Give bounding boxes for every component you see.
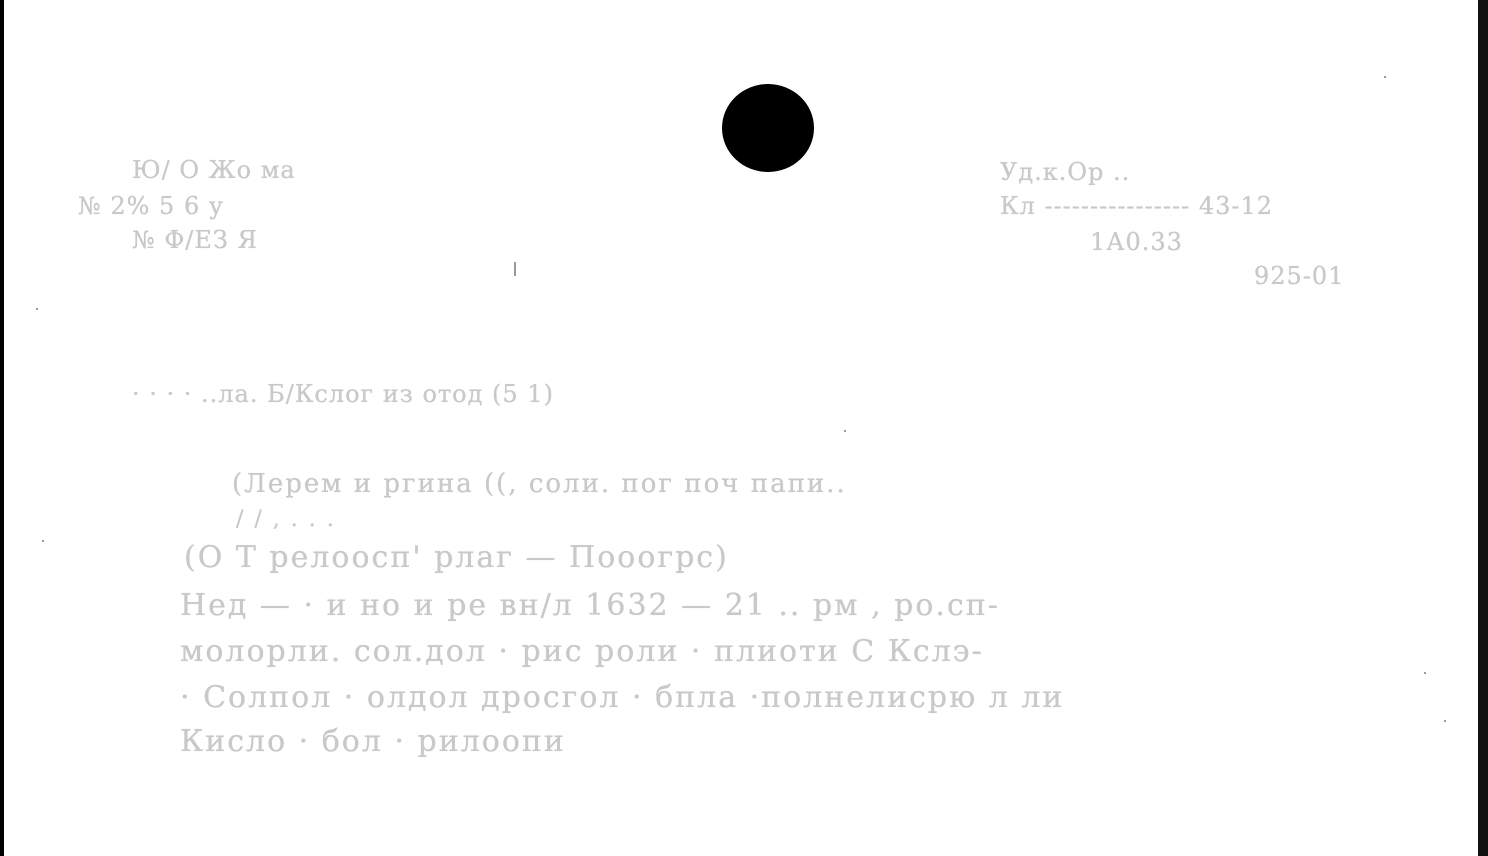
body-line-4: Нед — · и но и ре вн/л 1632 — 21 .. рм ,… bbox=[180, 584, 1000, 628]
body-line-6: · Солпол · олдол дросгол · бпла ·полнели… bbox=[180, 676, 1064, 720]
right-header-line-4: 925-01 bbox=[1254, 262, 1344, 290]
card-edge-shadow bbox=[1478, 0, 1488, 856]
body-line-3: (О Т релоосп' рлаг — Пооогрс) bbox=[184, 536, 729, 580]
punch-hole bbox=[722, 84, 814, 172]
left-header-line-2: № 2% 5 6 у bbox=[78, 192, 224, 220]
body-line-5: молорли. сол.дол · рис роли · плиоти С К… bbox=[180, 630, 984, 674]
body-line-7: Кисло · бол · рилоопи bbox=[180, 720, 566, 764]
card-title: · · · · ..ла. Б/Кслог из отод (5 1) bbox=[132, 380, 554, 408]
right-header-line-1: Уд.к.Ор .. bbox=[1000, 158, 1130, 186]
right-header-line-3: 1А0.33 bbox=[1090, 228, 1183, 256]
left-header-line-1: Ю/ О Жо ма bbox=[132, 156, 296, 184]
catalog-card: Ю/ О Жо ма № 2% 5 6 у № Ф/ЕЗ Я Уд.к.Ор .… bbox=[4, 0, 1478, 856]
left-header-line-3: № Ф/ЕЗ Я bbox=[132, 226, 258, 254]
right-header-line-2: Кл ---------------- 43-12 bbox=[1000, 192, 1273, 220]
